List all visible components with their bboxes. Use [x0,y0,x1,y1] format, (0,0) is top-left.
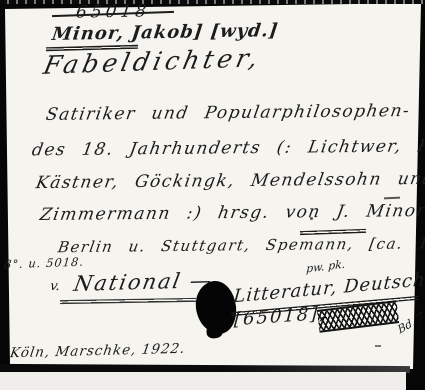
title-body-line: Satiriker und Popularphilosophen- [44,102,411,125]
scan-speck [310,217,313,220]
title-body-line: Zimmermann :) hrsg. von J. Minor. [38,202,425,225]
series-reference: National — [72,269,215,296]
scanned-catalog-card-page: 65018 Minor, Jakob] [wyd.] Fabeldichter,… [0,0,425,390]
title-body-line: des 18. Jahrhunderts (: Lichtwer, Pfeffe… [30,137,425,161]
title-body-line: Kästner, Göckingk, Mendelssohn und [34,170,425,193]
format-note: 8°. u. 5018. [3,256,84,271]
perforated-top-edge [0,0,425,4]
scanner-margin [0,372,406,390]
scan-speck [375,345,381,347]
imprint-line: Berlin u. Stuttgart, Spemann, [ca. 1890]… [57,235,425,256]
author-heading: Minor, Jakob] [wyd.] [51,21,280,45]
